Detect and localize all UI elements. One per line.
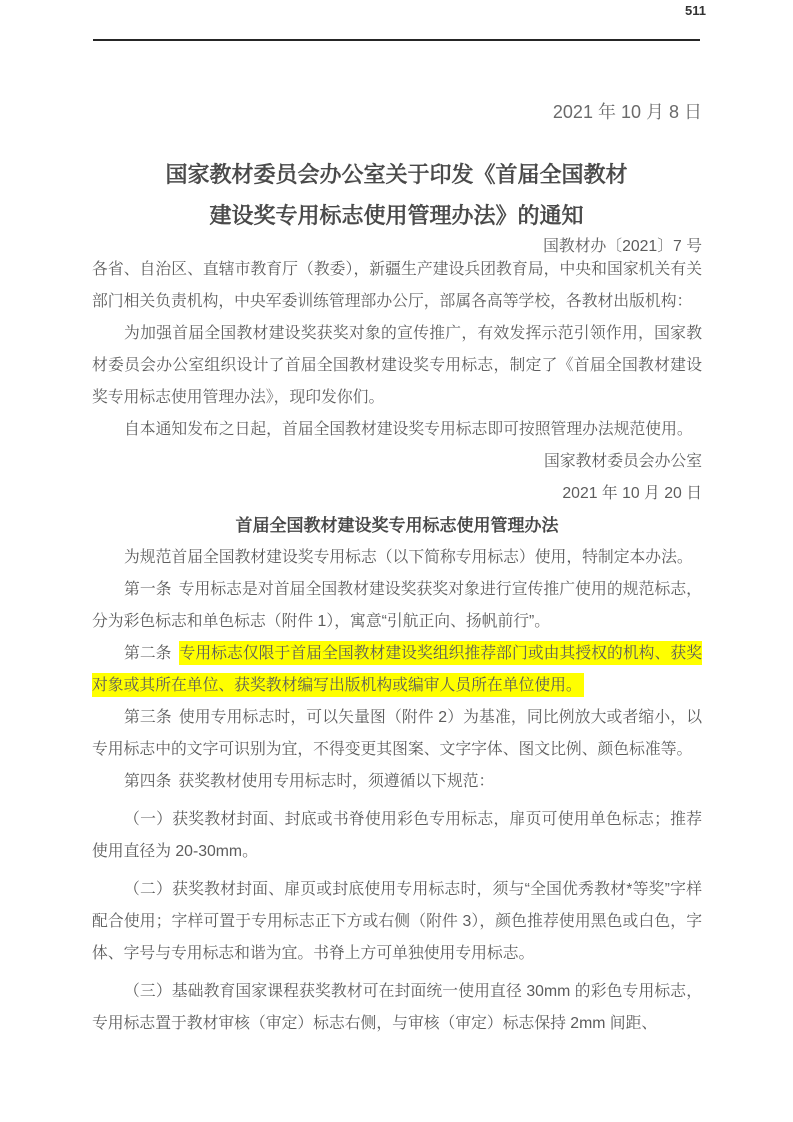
issue-date: 2021 年 10 月 8 日: [92, 100, 702, 124]
document-body: 各省、自治区、直辖市教育厅（教委），新疆生产建设兵团教育局，中央和国家机关有关部…: [92, 254, 702, 1040]
article-2: 第二条专用标志仅限于首届全国教材建设奖组织推荐部门或由其授权的机构、获奖对象或其…: [92, 638, 702, 702]
article-2-label: 第二条: [124, 645, 172, 662]
header-rule: [93, 39, 700, 41]
measures-intro: 为规范首届全国教材建设奖专用标志（以下简称专用标志）使用，特制定本办法。: [92, 542, 702, 574]
notice-paragraph-2: 自本通知发布之日起，首届全国教材建设奖专用标志即可按照管理办法规范使用。: [92, 414, 702, 446]
article-1-text: 专用标志是对首届全国教材建设奖获奖对象进行宣传推广使用的规范标志，分为彩色标志和…: [92, 581, 702, 630]
rule-item-1: （一）获奖教材封面、封底或书脊使用彩色专用标志，扉页可使用单色标志；推荐使用直径…: [92, 804, 702, 868]
notice-title-line1: 国家教材委员会办公室关于印发《首届全国教材: [93, 154, 700, 195]
notice-title: 国家教材委员会办公室关于印发《首届全国教材 建设奖专用标志使用管理办法》的通知: [93, 154, 700, 236]
article-1: 第一条专用标志是对首届全国教材建设奖获奖对象进行宣传推广使用的规范标志，分为彩色…: [92, 574, 702, 638]
article-4-text: 获奖教材使用专用标志时，须遵循以下规范：: [178, 773, 494, 790]
article-3: 第三条使用专用标志时，可以矢量图（附件 2）为基准，同比例放大或者缩小，以专用标…: [92, 702, 702, 766]
article-4: 第四条获奖教材使用专用标志时，须遵循以下规范：: [92, 766, 702, 798]
notice-paragraph-1: 为加强首届全国教材建设奖获奖对象的宣传推广，有效发挥示范引领作用，国家教材委员会…: [92, 318, 702, 414]
addressee-paragraph: 各省、自治区、直辖市教育厅（教委），新疆生产建设兵团教育局，中央和国家机关有关部…: [92, 254, 702, 318]
measures-title: 首届全国教材建设奖专用标志使用管理办法: [92, 510, 702, 542]
document-page: 511 2021 年 10 月 8 日 国家教材委员会办公室关于印发《首届全国教…: [0, 0, 793, 1122]
page-number: 511: [685, 3, 706, 18]
article-2-highlighted-text: 专用标志仅限于首届全国教材建设奖组织推荐部门或由其授权的机构、获奖对象或其所在单…: [92, 641, 702, 697]
article-3-text: 使用专用标志时，可以矢量图（附件 2）为基准，同比例放大或者缩小，以专用标志中的…: [92, 709, 702, 758]
notice-title-line2: 建设奖专用标志使用管理办法》的通知: [93, 195, 700, 236]
sign-date: 2021 年 10 月 20 日: [92, 478, 702, 510]
article-1-label: 第一条: [124, 581, 172, 598]
article-4-label: 第四条: [124, 773, 171, 790]
signer: 国家教材委员会办公室: [92, 446, 702, 478]
rule-item-2: （二）获奖教材封面、扉页或封底使用专用标志时，须与“全国优秀教材*等奖”字样配合…: [92, 874, 702, 970]
article-3-label: 第三条: [124, 709, 172, 726]
rule-item-3: （三）基础教育国家课程获奖教材可在封面统一使用直径 30mm 的彩色专用标志，专…: [92, 976, 702, 1040]
